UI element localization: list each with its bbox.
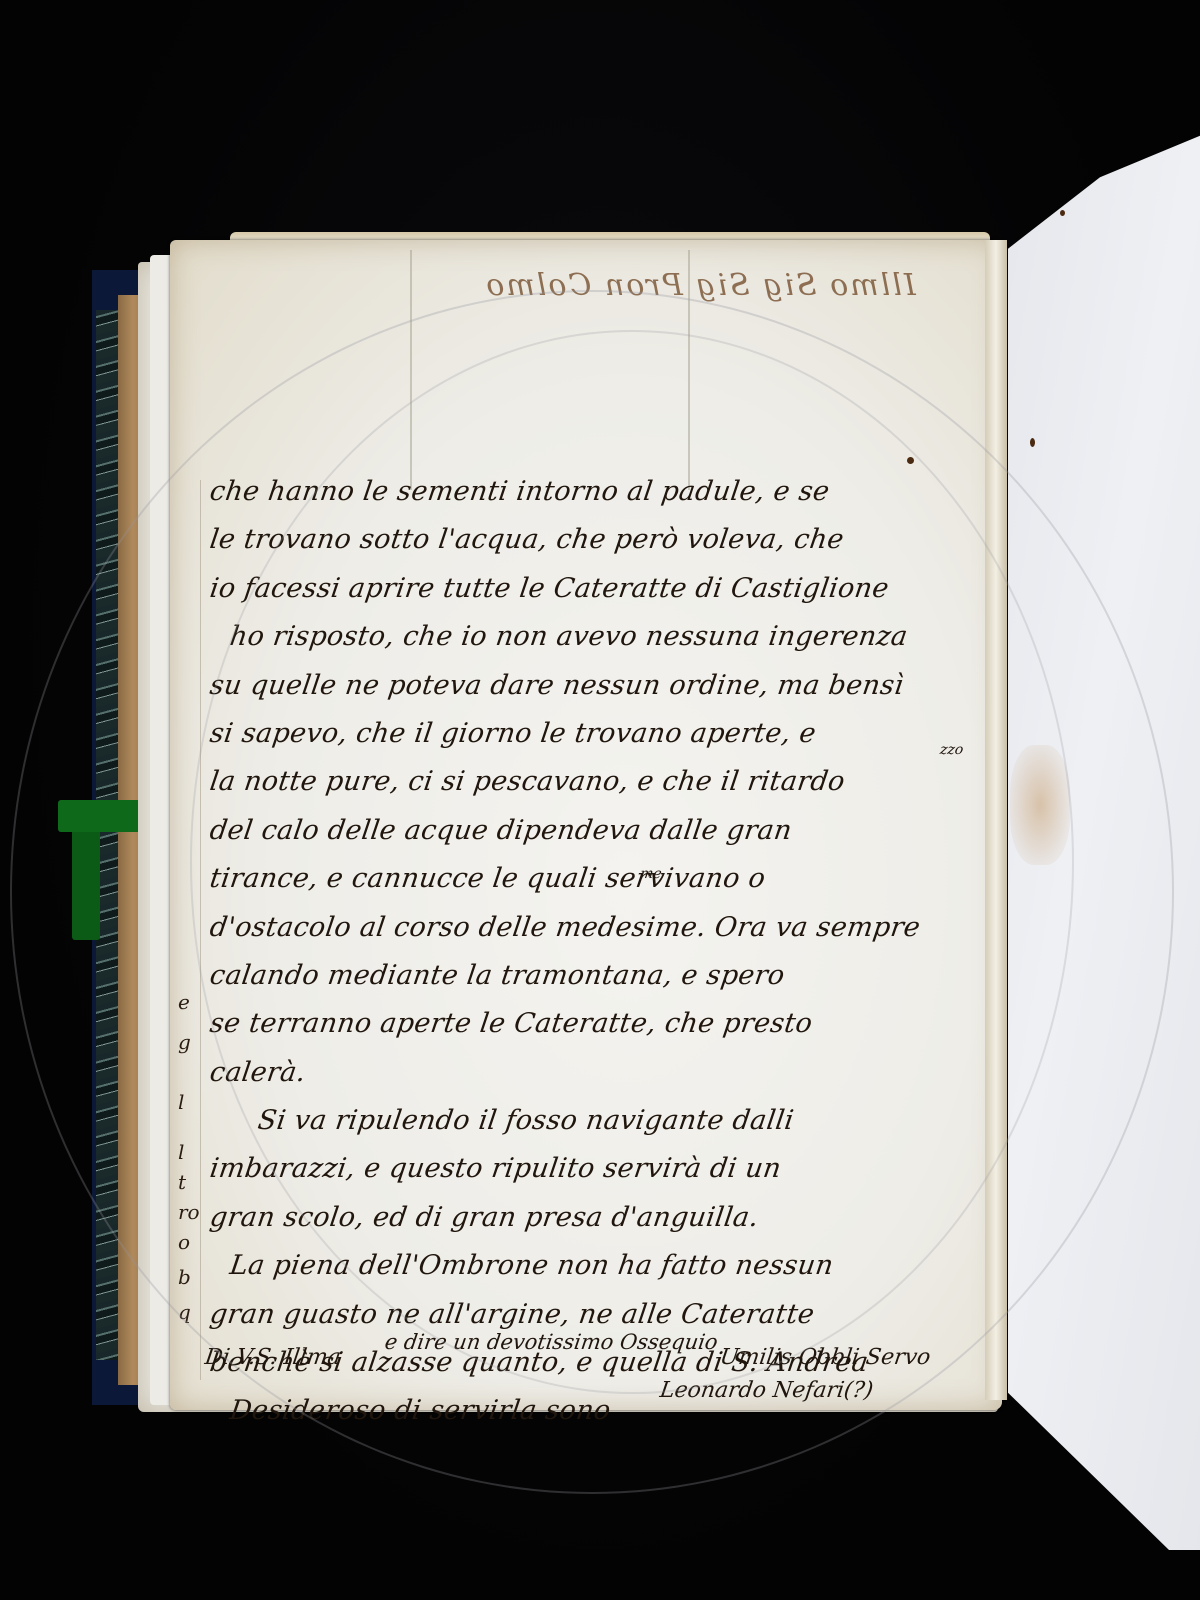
text-line: le trovano sotto l'acqua, che però volev… <box>207 516 1004 564</box>
green-ribbon-tie-tab <box>58 800 142 832</box>
margin-letter: l <box>178 1090 184 1114</box>
margin-letter: o <box>178 1230 190 1254</box>
bleed-through-header: Illmo Sig Sig Pron Colmo <box>400 268 1000 303</box>
ink-spot <box>1030 438 1035 447</box>
closing-line: e dire un devotissimo Ossequio <box>383 1330 719 1354</box>
text-line: Desideroso di servirla sono <box>207 1387 1004 1435</box>
manuscript-photo: e g l l t ro o b q Illmo Sig Sig Pron Co… <box>0 0 1200 1600</box>
text-line: la notte pure, ci si pescavano, e che il… <box>207 758 1004 806</box>
text-line: Si va ripulendo il fosso navigante dalli <box>207 1097 1004 1145</box>
salutation: Di V.S. Illma <box>203 1345 342 1370</box>
ink-spot <box>1060 210 1065 216</box>
text-line: su quelle ne poteva dare nessun ordine, … <box>207 662 1004 710</box>
margin-letter: b <box>178 1265 191 1289</box>
text-line: si sapevo, che il giorno le trovano aper… <box>207 710 1004 758</box>
margin-letter: l <box>178 1140 184 1164</box>
margin-letter: e <box>178 990 190 1014</box>
text-line: d'ostacolo al corso delle medesime. Ora … <box>207 904 1004 952</box>
signature: Leonardo Nefari(?) <box>658 1378 875 1403</box>
text-line: calerà. <box>207 1049 1004 1097</box>
text-line: tirance, e cannucce le quali servivano o <box>207 855 1004 903</box>
text-line: del calo delle acque dipendeva dalle gra… <box>207 807 1004 855</box>
text-line: imbarazzi, e questo ripulito servirà di … <box>207 1145 1004 1193</box>
text-line: ho risposto, che io non avevo nessuna in… <box>207 613 1004 661</box>
ink-spot <box>907 457 914 464</box>
letter-body: che hanno le sementi intorno al padule, … <box>210 468 1000 1436</box>
text-line: La piena dell'Ombrone non ha fatto nessu… <box>207 1242 1004 1290</box>
text-line: che hanno le sementi intorno al padule, … <box>207 468 1004 516</box>
text-line: calando mediante la tramontana, e spero <box>207 952 1004 1000</box>
margin-letter: t <box>178 1170 186 1194</box>
interlinear-insertion: zzo <box>939 742 964 758</box>
text-line: io facessi aprire tutte le Cateratte di … <box>207 565 1004 613</box>
text-line: se terranno aperte le Cateratte, che pre… <box>207 1000 1004 1048</box>
margin-letter: ro <box>178 1200 200 1224</box>
margin-letter: q <box>178 1300 191 1324</box>
margin-letter: g <box>178 1030 191 1054</box>
foxing-stain <box>1010 745 1070 865</box>
interlinear-insertion: me <box>639 866 663 882</box>
servant-line: Umilis Obbli Servo <box>718 1345 932 1370</box>
text-line: gran scolo, ed di gran presa d'anguilla. <box>207 1194 1004 1242</box>
